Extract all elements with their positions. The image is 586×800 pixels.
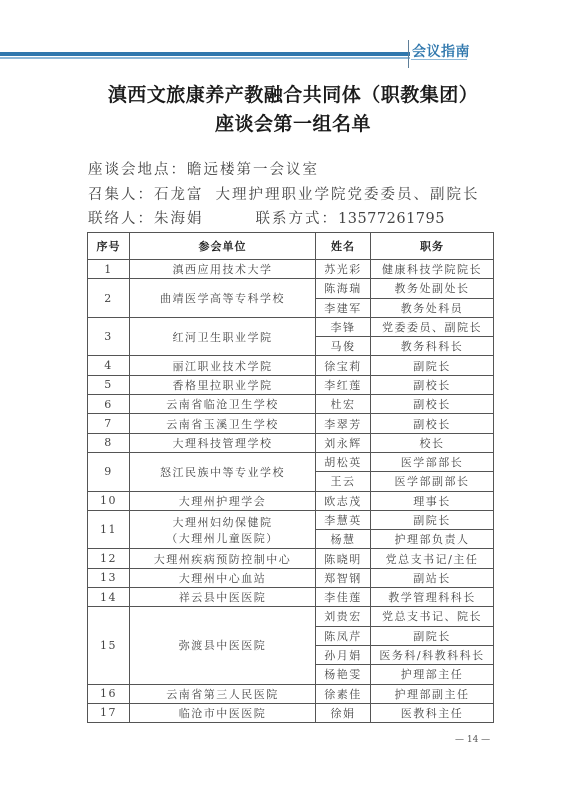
person-role: 副院长 — [371, 356, 494, 375]
table-row: 9怒江民族中等专业学校胡松英医学部部长 — [88, 452, 494, 471]
row-number: 17 — [88, 703, 130, 722]
row-number: 2 — [88, 279, 130, 318]
contact-name: 朱海娟 — [154, 211, 204, 227]
person-name: 徐娟 — [316, 703, 371, 722]
unit-cell: 滇西应用技术大学 — [130, 260, 316, 279]
person-role: 医教科主任 — [371, 703, 494, 722]
unit-alias: （大理州儿童医院） — [130, 530, 315, 546]
unit-name: 大理州疾病预防控制中心 — [130, 551, 315, 567]
person-name: 徐宝莉 — [316, 356, 371, 375]
unit-cell: 大理州疾病预防控制中心 — [130, 549, 316, 568]
table-row: 1滇西应用技术大学苏光彩健康科技学院院长 — [88, 260, 494, 279]
person-name: 马俊 — [316, 337, 371, 356]
phone-value: 13577261795 — [338, 211, 445, 227]
person-name: 郑智钢 — [316, 568, 371, 587]
unit-cell: 曲靖医学高等专科学校 — [130, 279, 316, 318]
roster-body: 1滇西应用技术大学苏光彩健康科技学院院长2曲靖医学高等专科学校陈海瑞教务处副处长… — [88, 260, 494, 723]
header-unit: 参会单位 — [130, 233, 316, 260]
header-role: 职务 — [371, 233, 494, 260]
person-name: 杨艳雯 — [316, 665, 371, 684]
unit-cell: 大理州中心血站 — [130, 568, 316, 587]
person-role: 校长 — [371, 433, 494, 452]
row-number: 16 — [88, 684, 130, 703]
header-name: 姓名 — [316, 233, 371, 260]
table-row: 2曲靖医学高等专科学校陈海瑞教务处副处长 — [88, 279, 494, 298]
unit-cell: 临沧市中医医院 — [130, 703, 316, 722]
row-number: 10 — [88, 491, 130, 510]
table-row: 15弥渡县中医医院刘贵宏党总支书记、院长 — [88, 607, 494, 626]
unit-name: 滇西应用技术大学 — [130, 261, 315, 277]
person-role: 副校长 — [371, 414, 494, 433]
unit-name: 丽江职业技术学院 — [130, 358, 315, 374]
person-role: 教学管理科科长 — [371, 588, 494, 607]
person-role: 理事长 — [371, 491, 494, 510]
person-name: 李慧英 — [316, 510, 371, 529]
unit-name: 大理州护理学会 — [130, 493, 315, 509]
unit-cell: 云南省临沧卫生学校 — [130, 395, 316, 414]
person-name: 李锋 — [316, 317, 371, 336]
section-label-underline — [411, 59, 467, 60]
person-role: 护理部主任 — [371, 665, 494, 684]
table-row: 13大理州中心血站郑智钢副站长 — [88, 568, 494, 587]
contact-line: 联络人：朱海娟联系方式：13577261795 — [88, 207, 445, 228]
row-number: 11 — [88, 510, 130, 549]
person-role: 副站长 — [371, 568, 494, 587]
header-rule-thick — [0, 52, 410, 56]
header-rule-thin — [0, 57, 410, 59]
person-name: 李佳莲 — [316, 588, 371, 607]
unit-name: 曲靖医学高等专科学校 — [130, 290, 315, 306]
person-name: 李红莲 — [316, 375, 371, 394]
person-role: 教务科科长 — [371, 337, 494, 356]
unit-cell: 大理科技管理学校 — [130, 433, 316, 452]
person-role: 副校长 — [371, 395, 494, 414]
row-number: 13 — [88, 568, 130, 587]
person-name: 李翠芳 — [316, 414, 371, 433]
person-name: 孙月娟 — [316, 645, 371, 664]
row-number: 1 — [88, 260, 130, 279]
unit-name: 怒江民族中等专业学校 — [130, 464, 315, 480]
person-role: 党总支书记/主任 — [371, 549, 494, 568]
person-name: 王云 — [316, 472, 371, 491]
header-no: 序号 — [88, 233, 130, 260]
person-role: 副校长 — [371, 375, 494, 394]
roster-table: 序号 参会单位 姓名 职务 1滇西应用技术大学苏光彩健康科技学院院长2曲靖医学高… — [87, 232, 494, 723]
table-row: 6云南省临沧卫生学校杜宏副校长 — [88, 395, 494, 414]
person-name: 徐素佳 — [316, 684, 371, 703]
unit-name: 云南省玉溪卫生学校 — [130, 416, 315, 432]
table-row: 5香格里拉职业学院李红莲副校长 — [88, 375, 494, 394]
venue-value: 瞻远楼第一会议室 — [187, 162, 319, 178]
unit-cell: 弥渡县中医医院 — [130, 607, 316, 684]
person-name: 胡松英 — [316, 452, 371, 471]
unit-cell: 香格里拉职业学院 — [130, 375, 316, 394]
person-role: 医学部部长 — [371, 452, 494, 471]
table-header-row: 序号 参会单位 姓名 职务 — [88, 233, 494, 260]
table-row: 8大理科技管理学校刘永辉校长 — [88, 433, 494, 452]
header-divider — [408, 40, 409, 68]
unit-cell: 红河卫生职业学院 — [130, 317, 316, 356]
section-label: 会议指南 — [412, 41, 470, 61]
row-number: 8 — [88, 433, 130, 452]
unit-cell: 大理州护理学会 — [130, 491, 316, 510]
person-name: 李建军 — [316, 298, 371, 317]
row-number: 6 — [88, 395, 130, 414]
table-row: 3红河卫生职业学院李锋党委委员、副院长 — [88, 317, 494, 336]
person-role: 副院长 — [371, 510, 494, 529]
contact-label: 联络人： — [88, 211, 154, 227]
person-role: 医务科/科教科科长 — [371, 645, 494, 664]
row-number: 12 — [88, 549, 130, 568]
row-number: 5 — [88, 375, 130, 394]
person-role: 健康科技学院院长 — [371, 260, 494, 279]
venue-label: 座谈会地点： — [88, 162, 187, 178]
phone-label: 联系方式： — [256, 211, 339, 227]
convener-label: 召集人： — [88, 187, 154, 203]
person-name: 陈凤芹 — [316, 626, 371, 645]
unit-cell: 丽江职业技术学院 — [130, 356, 316, 375]
table-row: 17临沧市中医医院徐娟医教科主任 — [88, 703, 494, 722]
unit-name: 大理科技管理学校 — [130, 435, 315, 451]
table-row: 11大理州妇幼保健院（大理州儿童医院）李慧英副院长 — [88, 510, 494, 529]
document-subtitle: 座谈会第一组名单 — [0, 109, 586, 136]
row-number: 14 — [88, 588, 130, 607]
row-number: 7 — [88, 414, 130, 433]
unit-cell: 云南省玉溪卫生学校 — [130, 414, 316, 433]
table-row: 4丽江职业技术学院徐宝莉副院长 — [88, 356, 494, 375]
person-role: 党委委员、副院长 — [371, 317, 494, 336]
document-title: 滇西文旅康养产教融合共同体（职教集团） — [0, 80, 586, 107]
person-name: 刘永辉 — [316, 433, 371, 452]
table-row: 14祥云县中医医院李佳莲教学管理科科长 — [88, 588, 494, 607]
row-number: 3 — [88, 317, 130, 356]
person-role: 护理部负责人 — [371, 530, 494, 549]
unit-name: 祥云县中医医院 — [130, 589, 315, 605]
unit-name: 大理州中心血站 — [130, 570, 315, 586]
person-name: 刘贵宏 — [316, 607, 371, 626]
person-name: 杜宏 — [316, 395, 371, 414]
person-name: 杨慧 — [316, 530, 371, 549]
table-row: 16云南省第三人民医院徐素佳护理部副主任 — [88, 684, 494, 703]
unit-name: 云南省临沧卫生学校 — [130, 396, 315, 412]
unit-cell: 怒江民族中等专业学校 — [130, 452, 316, 491]
person-name: 苏光彩 — [316, 260, 371, 279]
person-name: 陈海瑞 — [316, 279, 371, 298]
row-number: 15 — [88, 607, 130, 684]
unit-name: 弥渡县中医医院 — [130, 637, 315, 653]
unit-name: 香格里拉职业学院 — [130, 377, 315, 393]
convener-title: 大理护理职业学院党委委员、副院长 — [216, 187, 480, 203]
convener-name: 石龙富 — [154, 187, 204, 203]
unit-cell: 祥云县中医医院 — [130, 588, 316, 607]
row-number: 4 — [88, 356, 130, 375]
table-row: 10大理州护理学会欧志茂理事长 — [88, 491, 494, 510]
person-role: 医学部副部长 — [371, 472, 494, 491]
table-row: 7云南省玉溪卫生学校李翠芳副校长 — [88, 414, 494, 433]
unit-name: 云南省第三人民医院 — [130, 686, 315, 702]
unit-cell: 大理州妇幼保健院（大理州儿童医院） — [130, 510, 316, 549]
page-number: — 14 — — [455, 735, 490, 745]
person-name: 陈晓明 — [316, 549, 371, 568]
table-row: 12大理州疾病预防控制中心陈晓明党总支书记/主任 — [88, 549, 494, 568]
unit-name: 大理州妇幼保健院 — [130, 514, 315, 530]
person-role: 护理部副主任 — [371, 684, 494, 703]
unit-name: 红河卫生职业学院 — [130, 329, 315, 345]
convener-line: 召集人：石龙富大理护理职业学院党委委员、副院长 — [88, 183, 480, 204]
unit-name: 临沧市中医医院 — [130, 705, 315, 721]
person-name: 欧志茂 — [316, 491, 371, 510]
person-role: 党总支书记、院长 — [371, 607, 494, 626]
person-role: 副院长 — [371, 626, 494, 645]
person-role: 教务处副处长 — [371, 279, 494, 298]
person-role: 教务处科员 — [371, 298, 494, 317]
unit-cell: 云南省第三人民医院 — [130, 684, 316, 703]
row-number: 9 — [88, 452, 130, 491]
venue-line: 座谈会地点：瞻远楼第一会议室 — [88, 158, 319, 179]
